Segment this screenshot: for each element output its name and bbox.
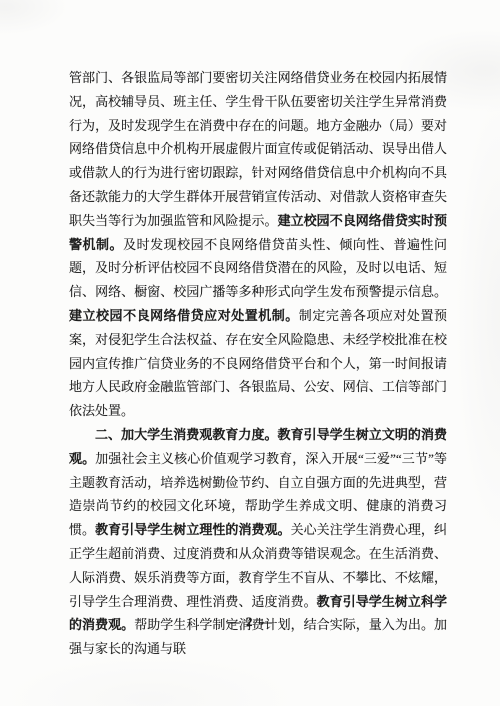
body-text: 管部门、各银监局等部门要密切关注网络借贷业务在校园内拓展情况，高校辅导员、班主任…	[69, 70, 447, 228]
bold-heading-inline: 建立校园不良网络借贷应对处置机制。	[69, 308, 299, 323]
paragraph-1: 管部门、各银监局等部门要密切关注网络借贷业务在校园内拓展情况，高校辅导员、班主任…	[69, 66, 447, 423]
page-number: — 2 —	[0, 614, 500, 630]
document-body: 管部门、各银监局等部门要密切关注网络借贷业务在校园内拓展情况，高校辅导员、班主任…	[69, 66, 447, 661]
body-text: 制定完善各项应对处置预案，对侵犯学生合法权益、存在安全风险隐患、未经学校批准在校…	[69, 308, 447, 418]
document-page: 管部门、各银监局等部门要密切关注网络借贷业务在校园内拓展情况，高校辅导员、班主任…	[0, 0, 500, 706]
body-text: 及时发现校园不良网络借贷苗头性、倾向性、普遍性问题，及时分析评估校园不良网络借贷…	[69, 237, 447, 300]
bold-heading-inline: 教育引导学生树立理性的消费观。	[95, 522, 291, 537]
